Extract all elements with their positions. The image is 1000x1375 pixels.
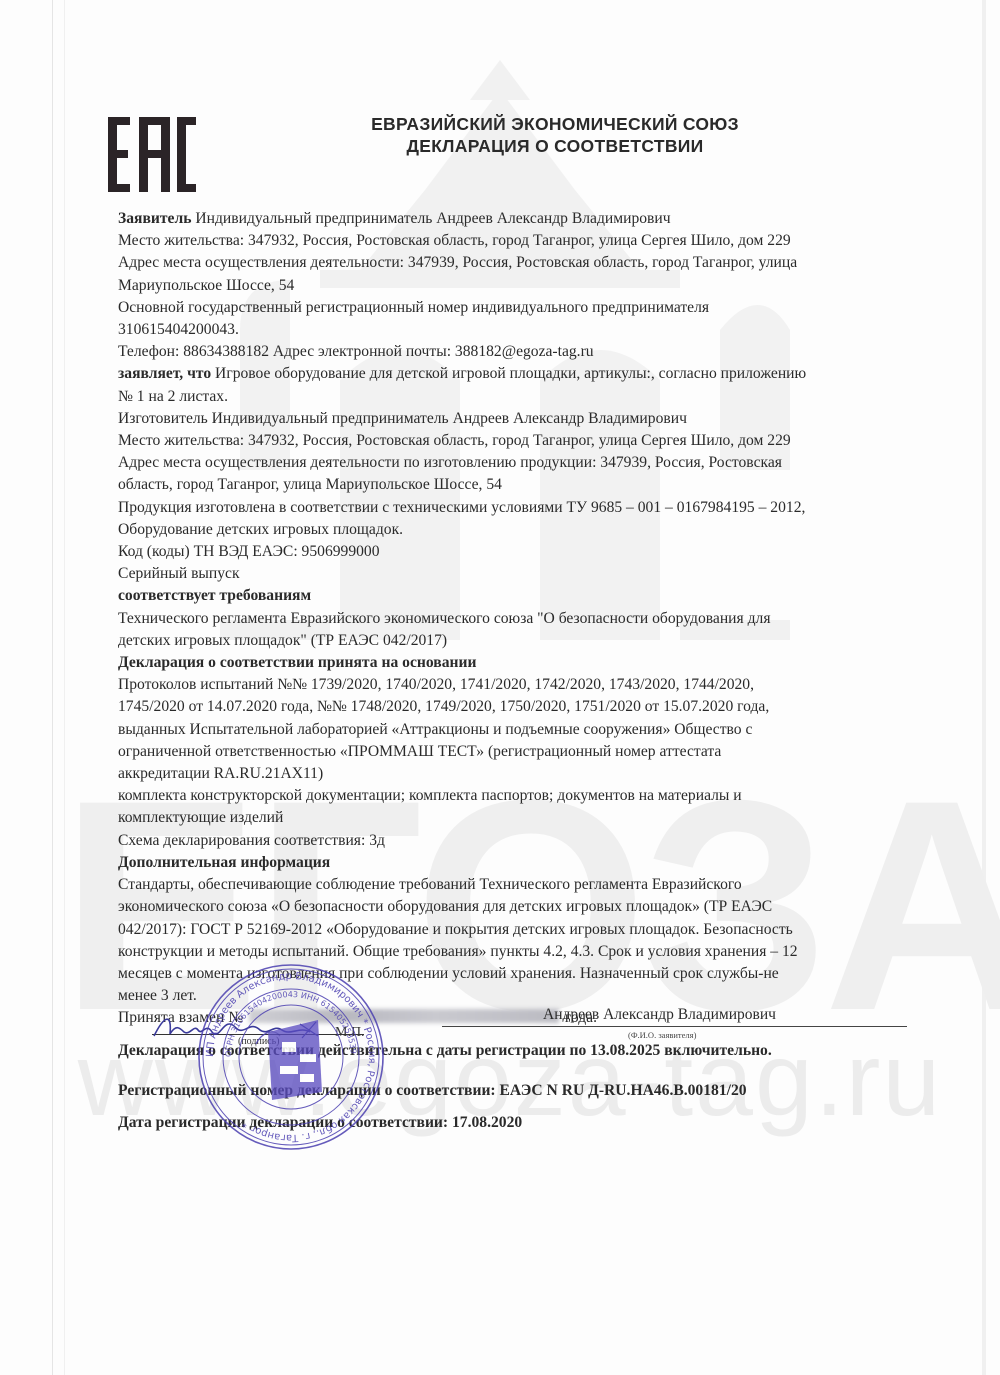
manufacturer-production-address: Адрес места осуществления деятельности п…: [118, 452, 908, 474]
additional-info-text: конструкции и методы испытаний. Общие тр…: [118, 941, 908, 963]
document-header: ЕВРАЗИЙСКИЙ ЭКОНОМИЧЕСКИЙ СОЮЗ ДЕКЛАРАЦИ…: [330, 113, 780, 157]
conforms-label: соответствует требованиям: [118, 585, 908, 607]
conforms-text-cont: детских игровых площадок" (ТР ЕАЭС 042/2…: [118, 630, 908, 652]
applicant-residence: Место жительства: 347932, Россия, Ростов…: [118, 230, 908, 252]
declares-line: заявляет, что Игровое оборудование для д…: [118, 363, 908, 385]
basis-text: Протоколов испытаний №№ 1739/2020, 1740/…: [118, 674, 908, 696]
header-union-title: ЕВРАЗИЙСКИЙ ЭКОНОМИЧЕСКИЙ СОЮЗ: [330, 113, 780, 135]
applicant-activity-address-cont: Мариупольское Шоссе, 54: [118, 275, 908, 297]
signer-name: Андреев Александр Владимирович: [543, 1006, 776, 1024]
applicant-name: Индивидуальный предприниматель Андреев А…: [191, 210, 670, 227]
basis-text: аккредитации RA.RU.21АХ11): [118, 763, 908, 785]
manufacturer-production-address-cont: область, город Таганрог, улица Мариуполь…: [118, 474, 908, 496]
eac-logo-icon: [108, 117, 196, 192]
applicant-contacts: Телефон: 88634388182 Адрес электронной п…: [118, 341, 908, 363]
basis-text: 1745/2020 от 14.07.2020 года, №№ 1748/20…: [118, 696, 908, 718]
applicant-activity-address: Адрес места осуществления деятельности: …: [118, 252, 908, 274]
declaration-scheme: Схема декларирования соответствия: 3д: [118, 830, 908, 852]
declaration-body: Заявитель Индивидуальный предприниматель…: [118, 208, 908, 1062]
additional-info-label: Дополнительная информация: [118, 852, 908, 874]
signer-name-line: [442, 1026, 907, 1027]
additional-info-text: экономического союза «О безопасности обо…: [118, 896, 908, 918]
basis-text: выданных Испытательной лабораторией «Атт…: [118, 719, 908, 741]
release-type: Серийный выпуск: [118, 563, 908, 585]
scan-edge-line: [64, 0, 65, 1375]
round-seal-stamp-icon: ИП Андреев Александр Владимирович * Росс…: [196, 962, 386, 1152]
applicant-label: Заявитель: [118, 210, 191, 227]
ogrnip-label: Основной государственный регистрационный…: [118, 297, 908, 319]
basis-text: комплекта конструкторской документации; …: [118, 785, 908, 807]
declares-text: Игровое оборудование для детской игровой…: [211, 365, 806, 382]
signer-caption: (Ф.И.О. заявителя): [628, 1030, 696, 1040]
additional-info-text: Стандарты, обеспечивающие соблюдение тре…: [118, 874, 908, 896]
ogrnip-value: 310615404200043.: [118, 319, 908, 341]
scan-edge-line: [52, 0, 53, 1375]
additional-info-text: 042/2017): ГОСТ Р 52169-2012 «Оборудован…: [118, 919, 908, 941]
basis-text: комплектующие изделий: [118, 807, 908, 829]
conforms-text: Технического регламента Евразийского эко…: [118, 608, 908, 630]
hs-code: Код (коды) ТН ВЭД ЕАЭС: 9506999000: [118, 541, 908, 563]
basis-label: Декларация о соответствии принята на осн…: [118, 652, 908, 674]
manufacturer-residence: Место жительства: 347932, Россия, Ростов…: [118, 430, 908, 452]
header-declaration-title: ДЕКЛАРАЦИЯ О СООТВЕТСТВИИ: [330, 135, 780, 157]
declares-label: заявляет, что: [118, 365, 211, 382]
technical-conditions-cont: Оборудование детских игровых площадок.: [118, 519, 908, 541]
manufacturer-name: Изготовитель Индивидуальный предпринимат…: [118, 408, 908, 430]
technical-conditions: Продукция изготовлена в соответствии с т…: [118, 497, 908, 519]
applicant-line: Заявитель Индивидуальный предприниматель…: [118, 208, 908, 230]
scan-edge-line: [982, 0, 986, 1375]
basis-text: ограниченной ответственностью «ПРОММАШ Т…: [118, 741, 908, 763]
declares-text-cont: № 1 на 2 листах.: [118, 386, 908, 408]
